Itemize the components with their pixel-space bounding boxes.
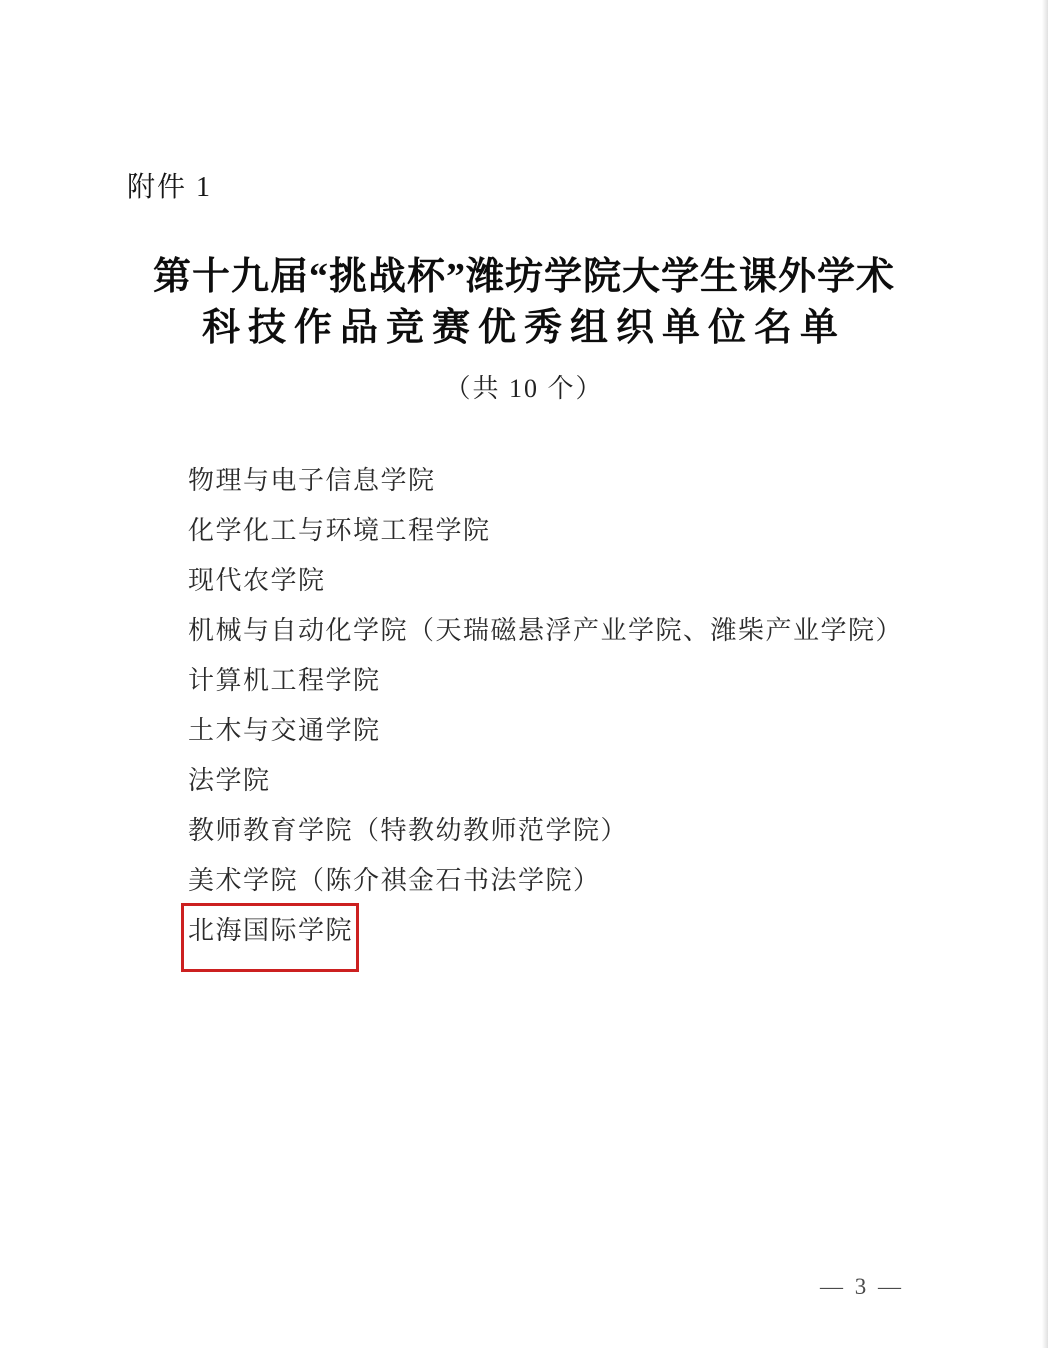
list-item: 现代农学院 bbox=[188, 566, 903, 616]
page-scan-edge bbox=[1042, 0, 1048, 1348]
list-item: 土木与交通学院 bbox=[188, 716, 903, 766]
organization-name: 法学院 bbox=[188, 766, 271, 796]
subtitle-count: （共 10 个） bbox=[0, 368, 1048, 405]
list-item: 机械与自动化学院（天瑞磁悬浮产业学院、潍柴产业学院） bbox=[188, 616, 903, 666]
organization-name: 美术学院（陈介祺金石书法学院） bbox=[188, 866, 601, 896]
title-line-1: 第十九届“挑战杯”潍坊学院大学生课外学术 bbox=[0, 252, 1048, 303]
list-item: 物理与电子信息学院 bbox=[188, 466, 903, 516]
organization-name: 土木与交通学院 bbox=[188, 716, 381, 746]
organization-name: 北海国际学院 bbox=[188, 916, 353, 946]
organization-list: 物理与电子信息学院化学化工与环境工程学院现代农学院机械与自动化学院（天瑞磁悬浮产… bbox=[188, 466, 903, 966]
list-item: 美术学院（陈介祺金石书法学院） bbox=[188, 866, 903, 916]
attachment-label: 附件 1 bbox=[127, 165, 212, 205]
organization-name: 计算机工程学院 bbox=[188, 666, 381, 696]
organization-name: 化学化工与环境工程学院 bbox=[188, 516, 491, 546]
list-item-highlighted: 北海国际学院 bbox=[188, 916, 903, 966]
organization-name: 物理与电子信息学院 bbox=[188, 466, 436, 496]
title-line-2: 科技作品竞赛优秀组织单位名单 bbox=[0, 303, 1048, 354]
list-item: 计算机工程学院 bbox=[188, 666, 903, 716]
page-number: — 3 — bbox=[820, 1274, 904, 1300]
organization-name: 现代农学院 bbox=[188, 566, 326, 596]
list-item: 法学院 bbox=[188, 766, 903, 816]
list-item: 教师教育学院（特教幼教师范学院） bbox=[188, 816, 903, 866]
list-item: 化学化工与环境工程学院 bbox=[188, 516, 903, 566]
document-title: 第十九届“挑战杯”潍坊学院大学生课外学术 科技作品竞赛优秀组织单位名单 bbox=[0, 252, 1048, 354]
document-page: 附件 1 第十九届“挑战杯”潍坊学院大学生课外学术 科技作品竞赛优秀组织单位名单… bbox=[0, 0, 1048, 1348]
organization-name: 教师教育学院（特教幼教师范学院） bbox=[188, 816, 628, 846]
organization-name: 机械与自动化学院（天瑞磁悬浮产业学院、潍柴产业学院） bbox=[188, 616, 903, 646]
